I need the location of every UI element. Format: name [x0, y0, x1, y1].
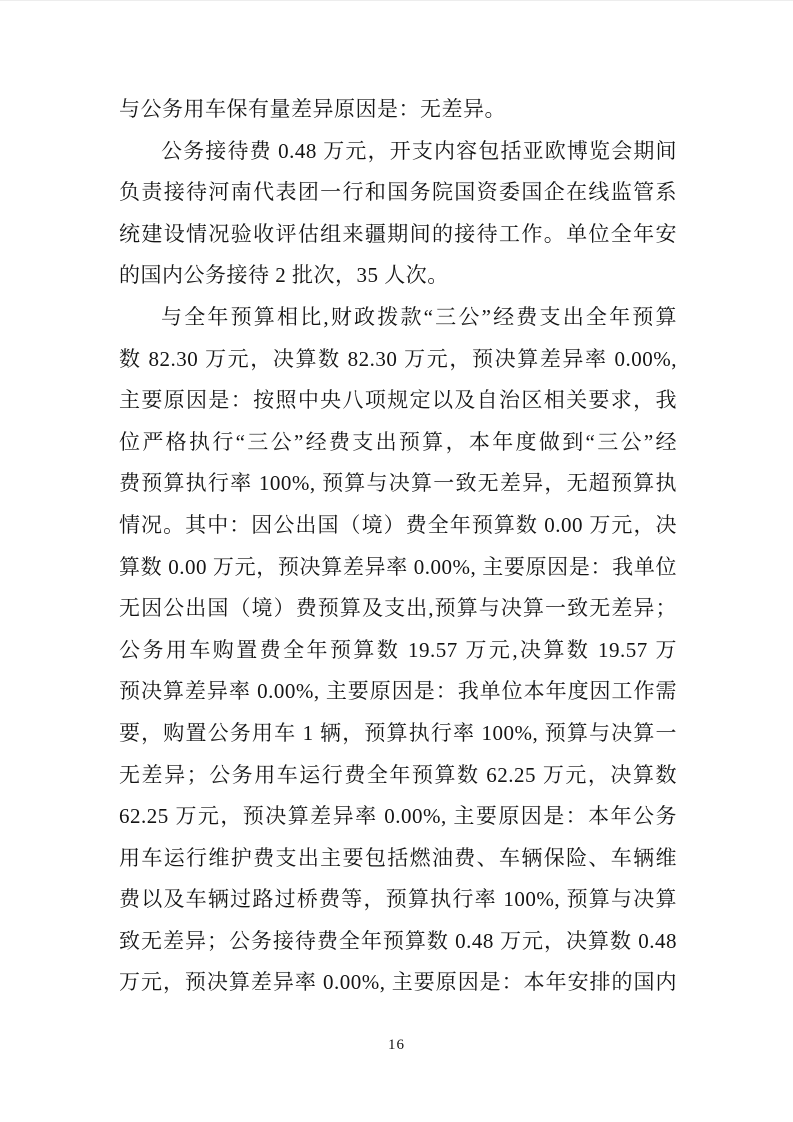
page-number: 16 — [0, 1037, 793, 1054]
text-line: 与全年预算相比,财政拨款“三公”经费支出全年预算 — [119, 297, 677, 339]
text-line: 无差异；公务用车运行费全年预算数 62.25 万元，决算数 — [119, 755, 677, 797]
text-line: 要，购置公务用车 1 辆，预算执行率 100%, 预算与决算一致 — [119, 713, 677, 755]
text-line: 算数 0.00 万元，预决算差异率 0.00%, 主要原因是：我单位 — [119, 547, 677, 589]
text-line: 公务用车购置费全年预算数 19.57 万元,决算数 19.57 万元， — [119, 630, 677, 672]
text-line: 致无差异；公务接待费全年预算数 0.48 万元，决算数 0.48 — [119, 921, 677, 963]
text-body: 与公务用车保有量差异原因是：无差异。公务接待费 0.48 万元，开支内容包括亚欧… — [119, 89, 677, 1004]
text-line: 万元，预决算差异率 0.00%, 主要原因是：本年安排的国内 — [119, 962, 677, 1004]
text-line: 的国内公务接待 2 批次，35 人次。 — [119, 255, 677, 297]
text-line: 预决算差异率 0.00%, 主要原因是：我单位本年度因工作需 — [119, 671, 677, 713]
text-line: 位严格执行“三公”经费支出预算，本年度做到“三公”经 — [119, 422, 677, 464]
text-line: 主要原因是：按照中央八项规定以及自治区相关要求，我单 — [119, 380, 677, 422]
text-line: 无因公出国（境）费预算及支出,预算与决算一致无差异； — [119, 588, 677, 630]
text-line: 费以及车辆过路过桥费等，预算执行率 100%, 预算与决算一 — [119, 879, 677, 921]
text-line: 情况。其中：因公出国（境）费全年预算数 0.00 万元，决 — [119, 505, 677, 547]
text-line: 62.25 万元，预决算差异率 0.00%, 主要原因是：本年公务 — [119, 796, 677, 838]
text-line: 负责接待河南代表团一行和国务院国资委国企在线监管系 — [119, 172, 677, 214]
text-line: 数 82.30 万元，决算数 82.30 万元，预决算差异率 0.00%, — [119, 339, 677, 381]
document-page: 与公务用车保有量差异原因是：无差异。公务接待费 0.48 万元，开支内容包括亚欧… — [0, 0, 793, 1122]
text-line: 费预算执行率 100%, 预算与决算一致无差异，无超预算执行 — [119, 463, 677, 505]
text-line: 统建设情况验收评估组来疆期间的接待工作。单位全年安排 — [119, 214, 677, 256]
text-line: 用车运行维护费支出主要包括燃油费、车辆保险、车辆维修 — [119, 838, 677, 880]
text-line: 公务接待费 0.48 万元，开支内容包括亚欧博览会期间 — [119, 131, 677, 173]
text-line: 与公务用车保有量差异原因是：无差异。 — [119, 89, 677, 131]
